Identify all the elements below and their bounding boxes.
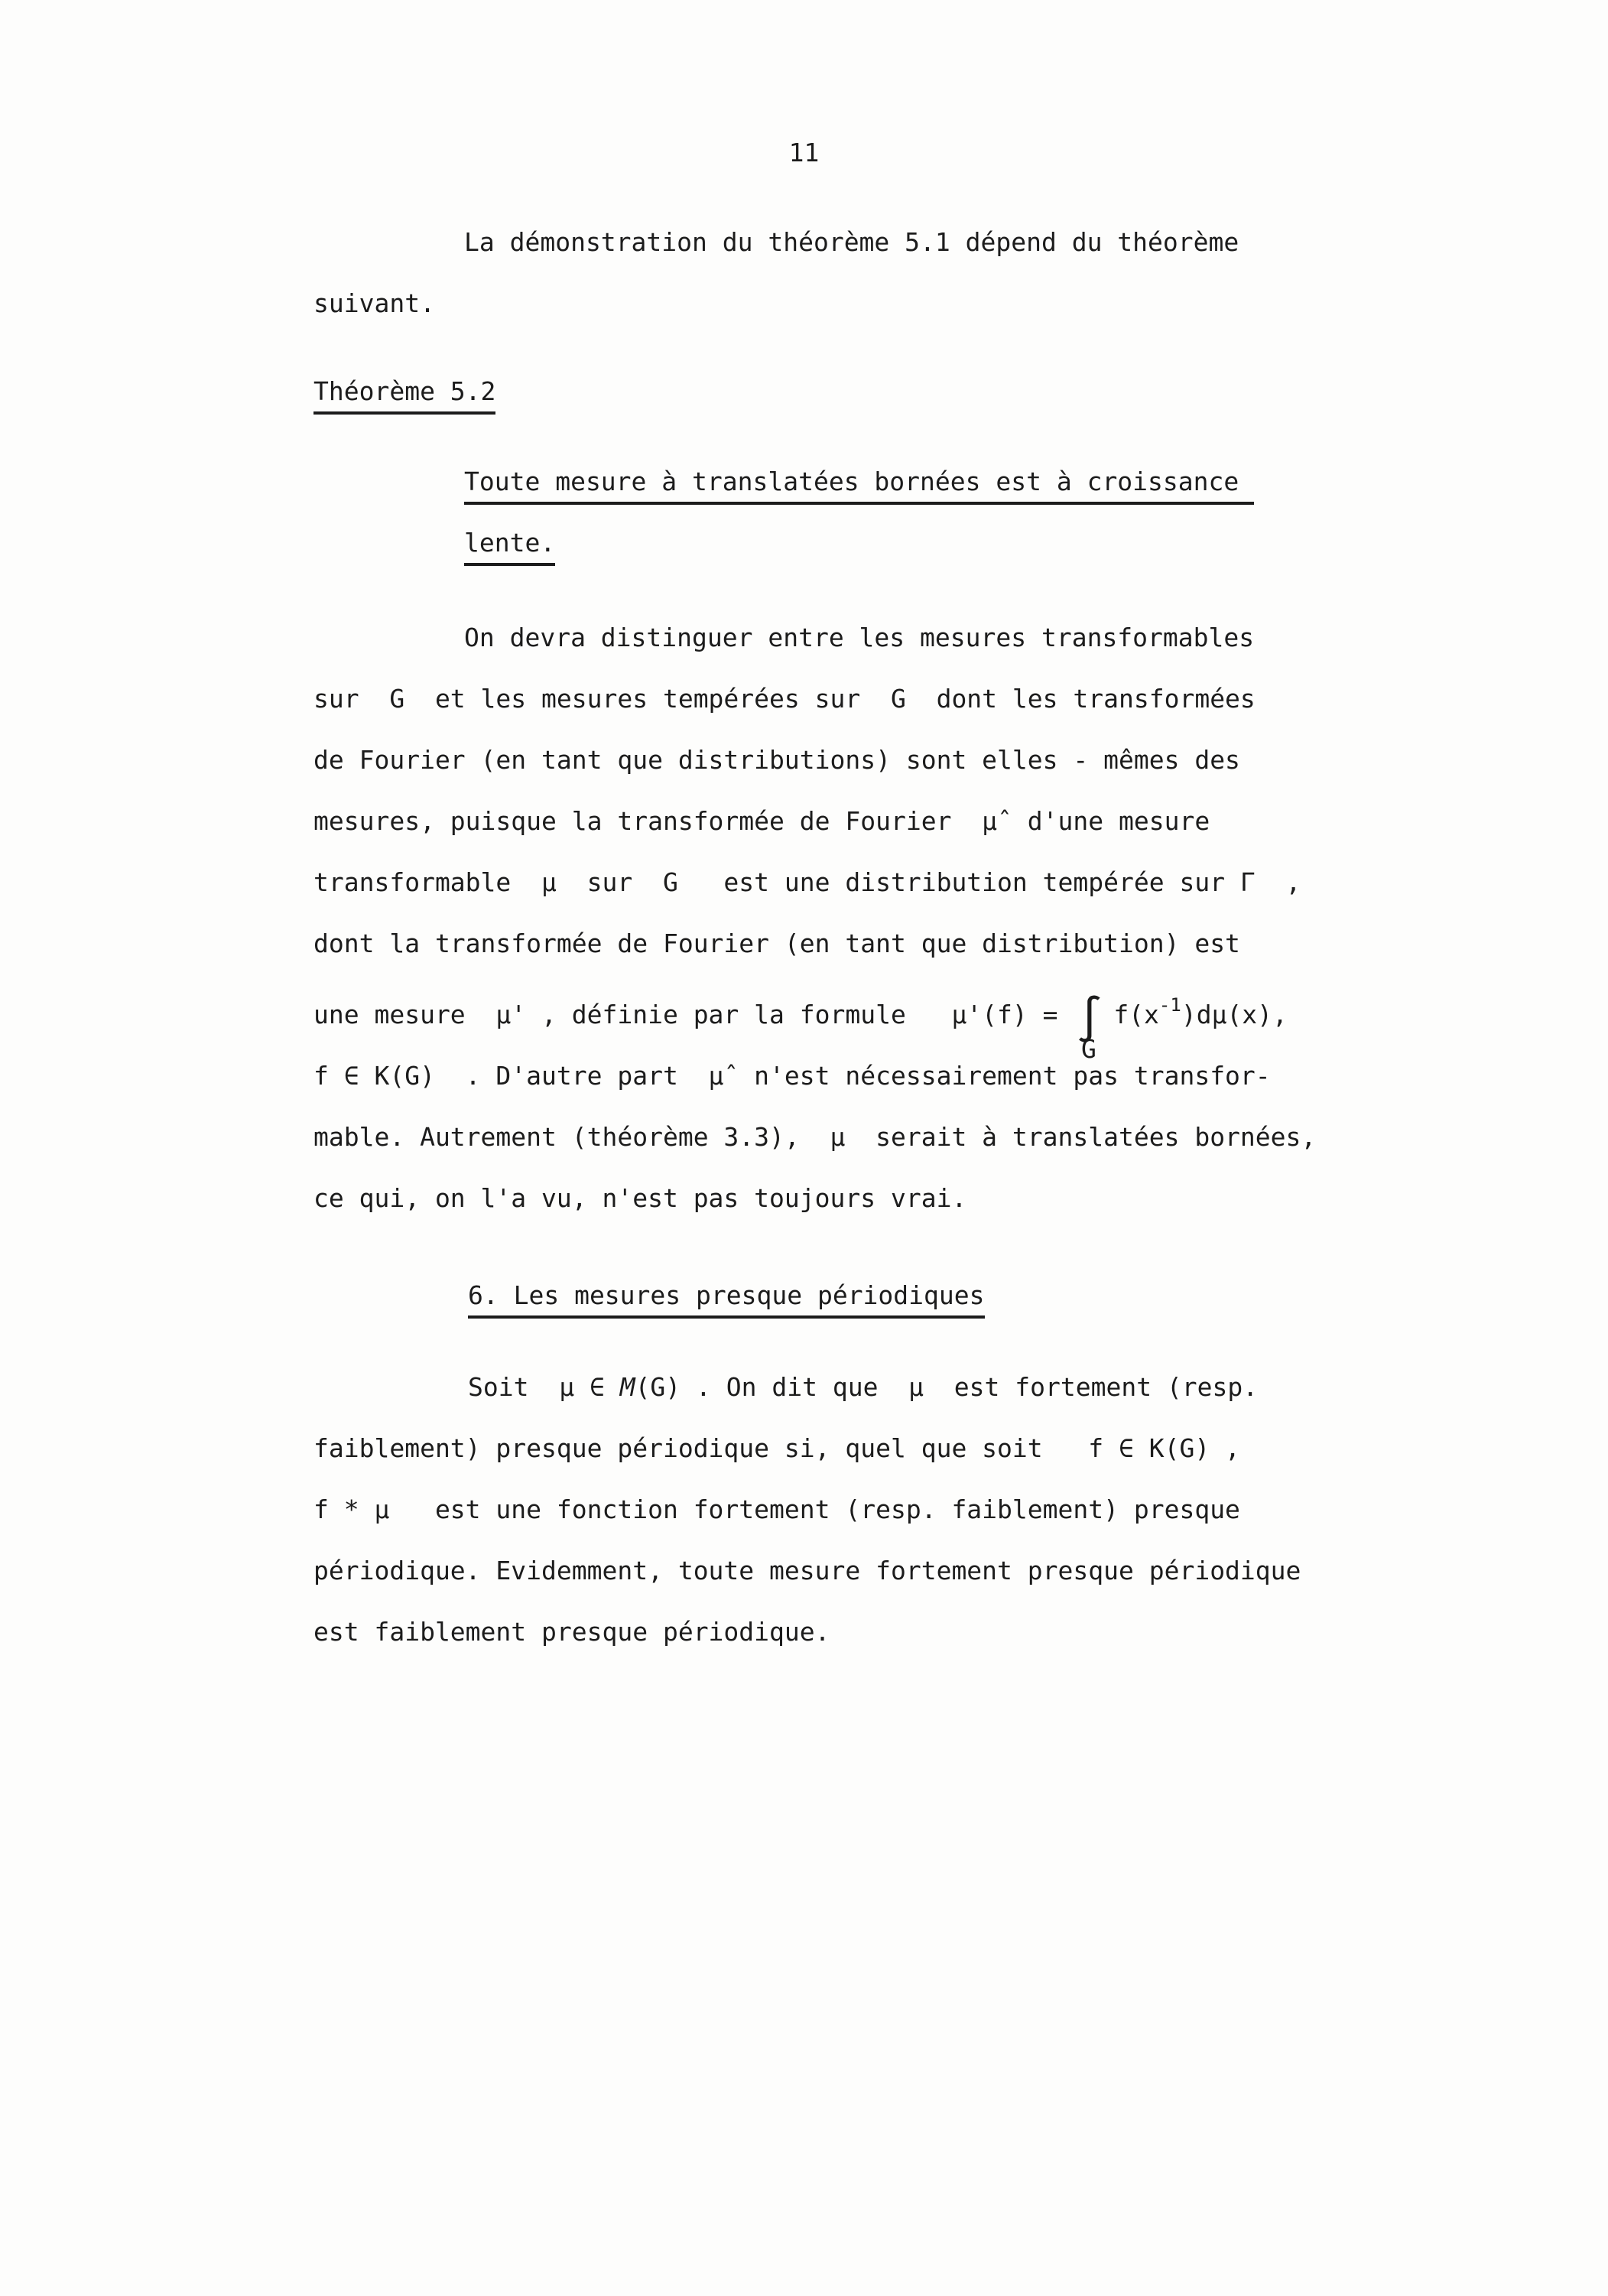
theorem-statement-line1-text: Toute mesure à translatées bornées est à… (464, 467, 1254, 505)
paragraph2-line10: ce qui, on l'a vu, n'est pas toujours vr… (313, 1182, 966, 1215)
paragraph3-line4: périodique. Evidemment, toute mesure for… (313, 1554, 1301, 1588)
paragraph2-line2: sur G et les mesures tempérées sur G don… (313, 682, 1256, 716)
paragraph3-line3: f * μ est une fonction fortement (resp. … (313, 1493, 1240, 1527)
measure-space-symbol: M (620, 1372, 635, 1402)
formula-text-b: )dμ(x), (1181, 1000, 1288, 1029)
document-page: 11 La démonstration du théorème 5.1 dépe… (0, 0, 1608, 2296)
section-heading: 6. Les mesures presque périodiques (468, 1279, 985, 1312)
theorem-heading-text: Théorème 5.2 (313, 376, 495, 415)
paragraph2-line5: transformable μ sur G est une distributi… (313, 866, 1301, 899)
paragraph3-line1-pre: Soit μ ∈ (468, 1372, 620, 1402)
formula-text-pre: une mesure μ' , définie par la formule μ… (313, 1000, 1073, 1029)
paragraph2-formula-line: une mesure μ' , définie par la formule μ… (313, 988, 1288, 1022)
paragraph1-line2: suivant. (313, 287, 435, 320)
theorem-statement-line2-text: lente. (464, 528, 555, 566)
paragraph3-line1-post: (G) . On dit que μ est fortement (resp. (635, 1372, 1259, 1402)
formula-exponent: -1 (1159, 994, 1181, 1016)
paragraph3-line2: faiblement) presque périodique si, quel … (313, 1432, 1240, 1465)
paragraph2-line9: mable. Autrement (théorème 3.3), μ serai… (313, 1120, 1316, 1154)
page-number: 11 (0, 136, 1608, 170)
paragraph1-line1: La démonstration du théorème 5.1 dépend … (464, 226, 1239, 259)
theorem-heading: Théorème 5.2 (313, 375, 495, 408)
section-heading-text: 6. Les mesures presque périodiques (468, 1280, 985, 1319)
paragraph2-line4: mesures, puisque la transformée de Fouri… (313, 805, 1210, 838)
paragraph2-line3: de Fourier (en tant que distributions) s… (313, 743, 1240, 777)
paragraph3-line5: est faiblement presque périodique. (313, 1615, 830, 1649)
integral-sign: ∫ (1076, 1015, 1103, 1023)
theorem-statement-line1: Toute mesure à translatées bornées est à… (464, 465, 1254, 499)
paragraph2-line6: dont la transformée de Fourier (en tant … (313, 927, 1240, 961)
theorem-statement-line2: lente. (464, 526, 555, 560)
formula-text-a: f(x (1113, 1000, 1159, 1029)
paragraph3-line1: Soit μ ∈ M(G) . On dit que μ est forteme… (468, 1371, 1258, 1404)
paragraph2-line1: On devra distinguer entre les mesures tr… (464, 621, 1254, 655)
paragraph2-line8: f ∈ K(G) . D'autre part μ̂ n'est nécessa… (313, 1059, 1271, 1093)
